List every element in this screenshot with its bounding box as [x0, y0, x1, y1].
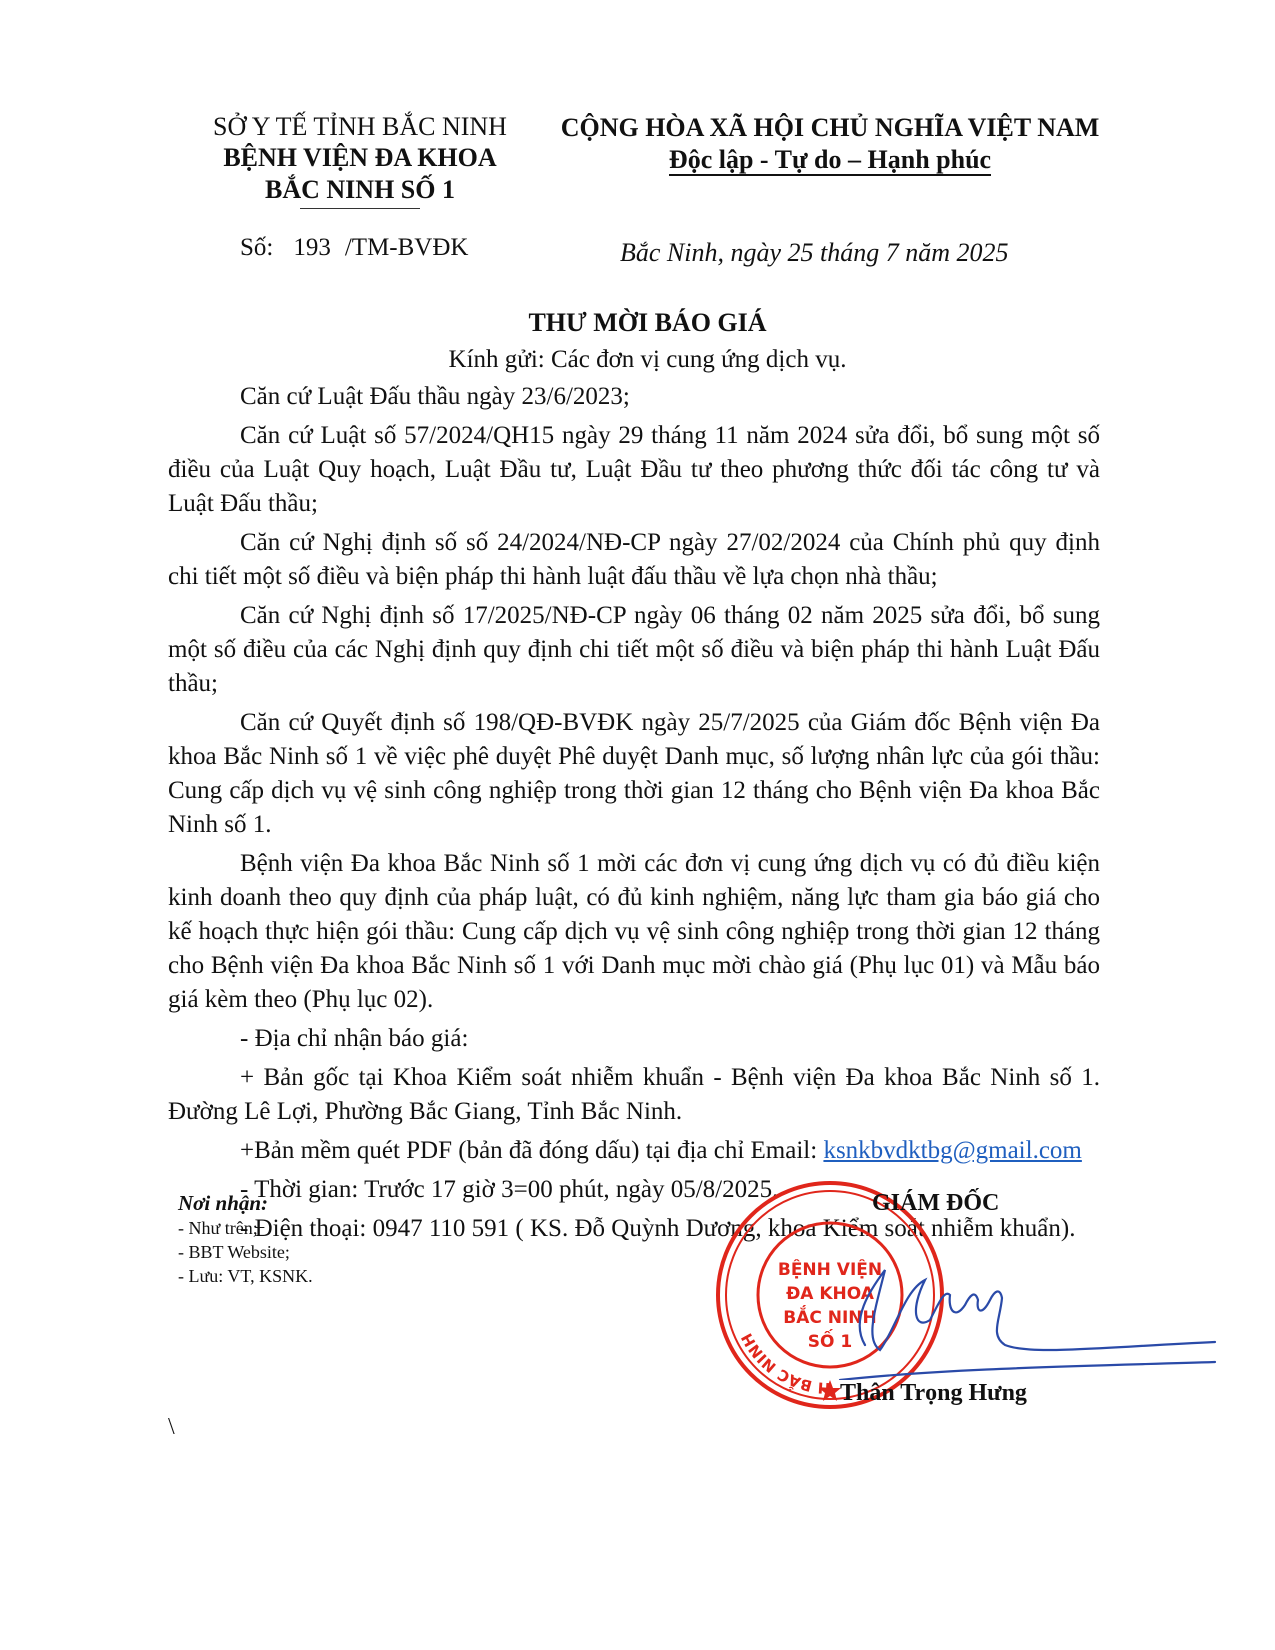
recipients-heading: Nơi nhận:: [178, 1190, 313, 1216]
national-motto-header: CỘNG HÒA XÃ HỘI CHỦ NGHĨA VIỆT NAM Độc l…: [545, 112, 1115, 176]
recipient-item: - BBT Website;: [178, 1240, 313, 1264]
national-motto: Độc lập - Tự do – Hạnh phúc: [669, 145, 991, 176]
recipient-item: - Lưu: VT, KSNK.: [178, 1264, 313, 1288]
email-link[interactable]: ksnkbvdktbg@gmail.com: [823, 1137, 1081, 1164]
parent-agency: SỞ Y TẾ TỈNH BẮC NINH: [175, 112, 545, 142]
place-and-date: Bắc Ninh, ngày 25 tháng 7 năm 2025: [620, 238, 1009, 268]
email-prefix: +Bản mềm quét PDF (bản đã đóng dấu) tại …: [240, 1137, 823, 1164]
paragraph: Căn cứ Luật Đấu thầu ngày 23/6/2023;: [168, 380, 1100, 414]
paragraph: - Địa chỉ nhận báo giá:: [168, 1022, 1100, 1056]
document-number: Số:193/TM-BVĐK: [240, 234, 468, 262]
country-name: CỘNG HÒA XÃ HỘI CHỦ NGHĨA VIỆT NAM: [545, 112, 1115, 144]
issuing-agency-header: SỞ Y TẾ TỈNH BẮC NINH BỆNH VIỆN ĐA KHOA …: [175, 112, 545, 209]
greeting: Kính gửi: Các đơn vị cung ứng dịch vụ.: [0, 346, 1275, 374]
signature-icon: [830, 1250, 1220, 1380]
trailing-mark: \: [168, 1414, 175, 1441]
document-title: THƯ MỜI BÁO GIÁ: [0, 308, 1275, 338]
email-paragraph: +Bản mềm quét PDF (bản đã đóng dấu) tại …: [168, 1134, 1100, 1168]
header-divider: [300, 208, 420, 209]
paragraph: Căn cứ Quyết định số 198/QĐ-BVĐK ngày 25…: [168, 706, 1100, 842]
signer-name: Thân Trọng Hưng: [840, 1380, 1027, 1407]
paragraph: Căn cứ Nghị định số số 24/2024/NĐ-CP ngà…: [168, 526, 1100, 594]
paragraph: Bệnh viện Đa khoa Bắc Ninh số 1 mời các …: [168, 847, 1100, 1017]
recipient-item: - Như trên;: [178, 1216, 313, 1240]
document-number-label: Số:: [240, 234, 273, 261]
document-number-suffix: /TM-BVĐK: [345, 234, 469, 261]
paragraph: Căn cứ Luật số 57/2024/QH15 ngày 29 thán…: [168, 419, 1100, 521]
document-number-value: 193: [293, 234, 331, 261]
recipients-block: Nơi nhận: - Như trên; - BBT Website; - L…: [178, 1190, 313, 1288]
hospital-name-line1: BỆNH VIỆN ĐA KHOA: [175, 142, 545, 174]
paragraph: Căn cứ Nghị định số 17/2025/NĐ-CP ngày 0…: [168, 599, 1100, 701]
hospital-name-line2: BẮC NINH SỐ 1: [175, 174, 545, 206]
signer-title: GIÁM ĐỐC: [872, 1190, 999, 1217]
document-body: Căn cứ Luật Đấu thầu ngày 23/6/2023; Căn…: [168, 380, 1100, 1251]
paragraph: + Bản gốc tại Khoa Kiểm soát nhiễm khuẩn…: [168, 1061, 1100, 1129]
